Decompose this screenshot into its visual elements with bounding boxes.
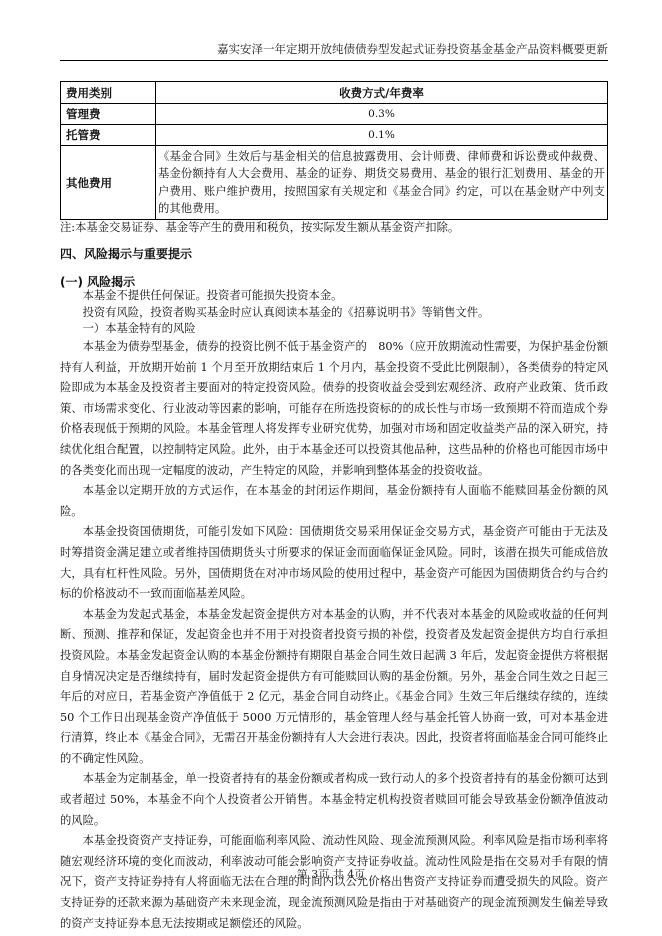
page-header: 嘉实安泽一年定期开放纯债债券型发起式证券投资基金基金产品资料概要更新 [60, 40, 608, 61]
intro-line: 本基金不提供任何保证。投资者可能损失投资本金。 [60, 288, 608, 305]
table-row: 管理费 0.3% [61, 104, 608, 125]
table-row: 其他费用 《基金合同》生效后与基金相关的信息披露费用、会计师费、律师费和诉讼费或… [61, 146, 608, 220]
risk-intro: 本基金不提供任何保证。投资者可能损失投资本金。 投资有风险，投资者购买基金时应认… [60, 288, 608, 338]
column-header-category: 费用类别 [61, 82, 156, 104]
page-number: 第 3页 共 4页 [0, 866, 662, 882]
fee-category: 其他费用 [61, 146, 156, 220]
paragraph: 本基金为债券型基金，债券的投资比例不低于基金资产的 80%（应开放期流动性需要，… [60, 337, 608, 481]
section-heading: 四、风险揭示与重要提示 [60, 245, 192, 262]
paragraph: 本基金为发起式基金，本基金发起资金提供方对本基金的认购，并不代表对本基金的风险或… [60, 605, 608, 770]
paragraph: 本基金投资国债期货，可能引发如下风险：国债期货交易采用保证金交易方式，基金资产可… [60, 522, 608, 604]
fee-value: 0.3% [156, 104, 608, 125]
paragraph: 本基金为定制基金，单一投资者持有的基金份额或者构成一致行动人的多个投资者持有的基… [60, 769, 608, 831]
fee-table: 费用类别 收费方式/年费率 管理费 0.3% 托管费 0.1% 其他费用 《基金… [60, 81, 608, 220]
fee-category: 托管费 [61, 125, 156, 146]
fee-value: 0.1% [156, 125, 608, 146]
table-row: 托管费 0.1% [61, 125, 608, 146]
column-header-rate: 收费方式/年费率 [156, 82, 608, 104]
fee-table-header-row: 费用类别 收费方式/年费率 [61, 82, 608, 104]
fee-description: 《基金合同》生效后与基金相关的信息披露费用、会计师费、律师费和诉讼费或仲裁费、基… [156, 146, 608, 220]
document-title: 嘉实安泽一年定期开放纯债债券型发起式证券投资基金基金产品资料概要更新 [217, 42, 608, 56]
intro-line: 一）本基金特有的风险 [60, 321, 608, 338]
intro-line: 投资有风险，投资者购买基金时应认真阅读本基金的《招募说明书》等销售文件。 [60, 305, 608, 322]
paragraph: 本基金投资资产支持证券，可能面临利率风险、流动性风险、现金流预测风险。利率风险是… [60, 831, 608, 934]
fee-category: 管理费 [61, 104, 156, 125]
risk-paragraphs: 本基金为债券型基金，债券的投资比例不低于基金资产的 80%（应开放期流动性需要，… [60, 337, 608, 934]
paragraph: 本基金以定期开放的方式运作，在本基金的封闭运作期间，基金份额持有人面临不能赎回基… [60, 481, 608, 522]
fee-note: 注:本基金交易证券、基金等产生的费用和税负，按实际发生额从基金资产扣除。 [60, 219, 459, 235]
